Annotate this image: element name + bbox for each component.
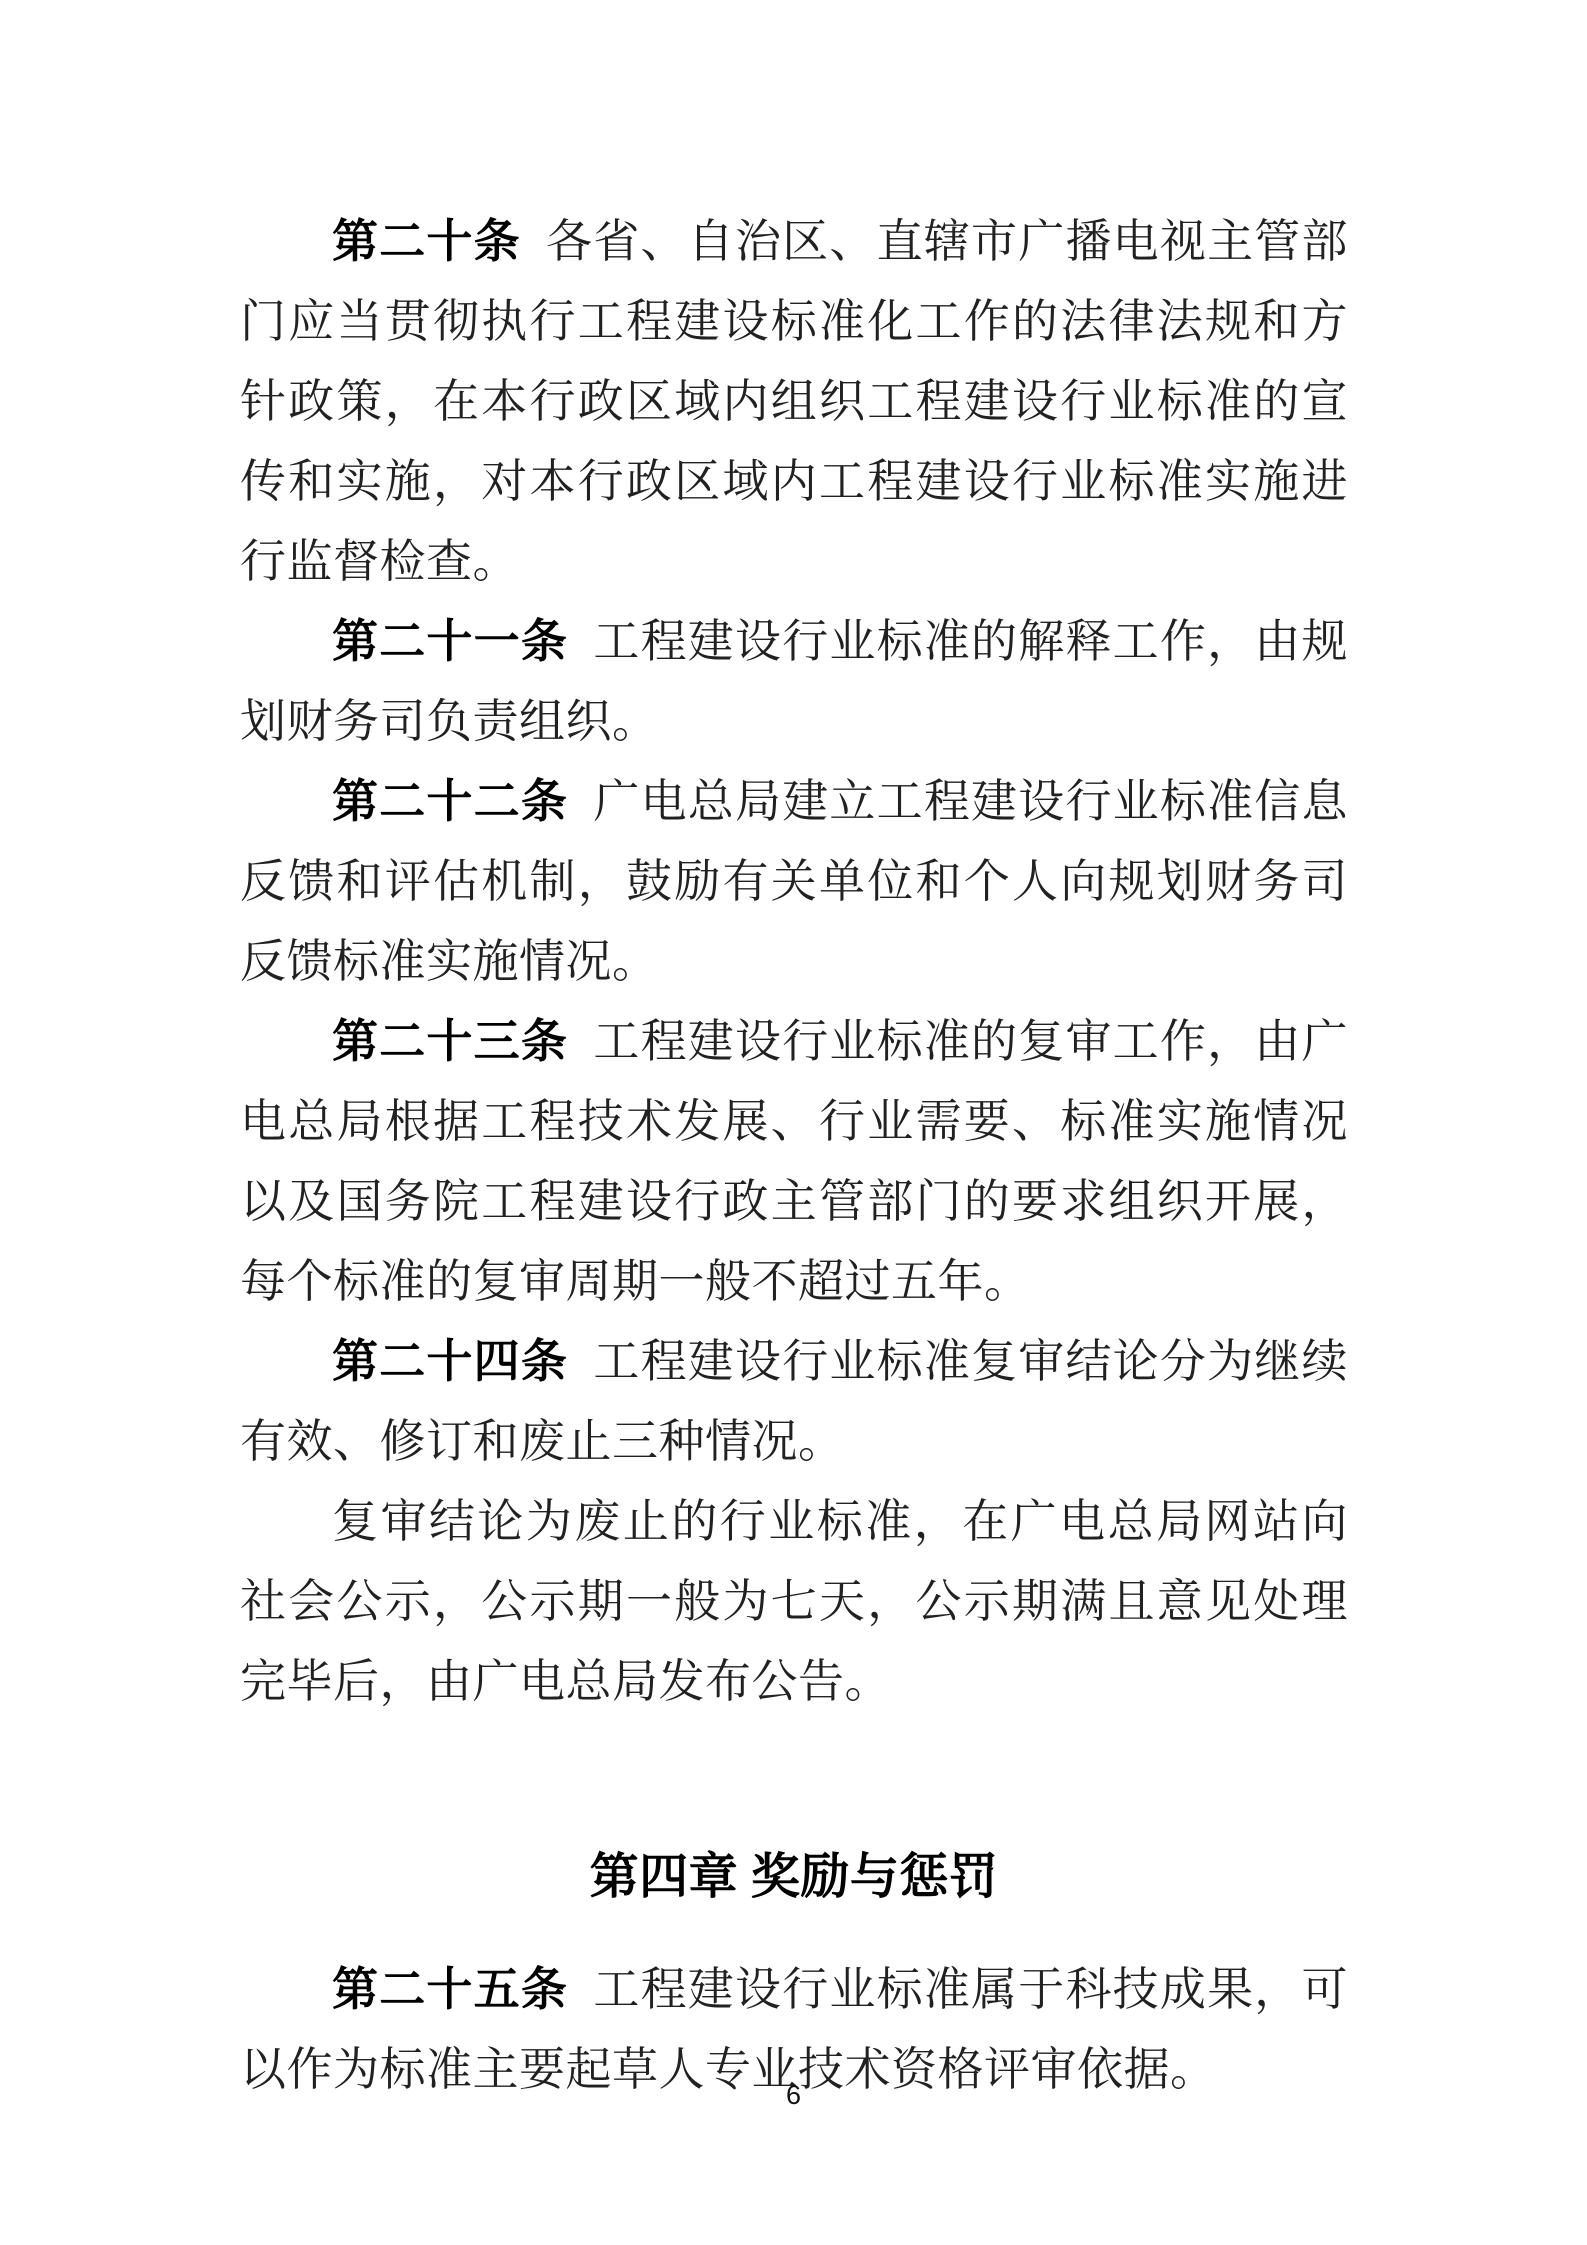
document-body: 第二十条各省、自治区、直辖市广播电视主管部门应当贯彻执行工程建设标准化工作的法律… xyxy=(240,202,1348,2110)
paragraph: 第二十一条工程建设行业标准的解释工作，由规划财务司负责组织。 xyxy=(240,602,1348,762)
article-number-label: 第二十一条 xyxy=(332,616,568,667)
document-page: 第二十条各省、自治区、直辖市广播电视主管部门应当贯彻执行工程建设标准化工作的法律… xyxy=(0,0,1587,2245)
article-number-label: 第二十三条 xyxy=(332,1016,568,1067)
article-number-label: 第二十条 xyxy=(332,216,521,267)
paragraph: 复审结论为废止的行业标准，在广电总局网站向社会公示，公示期一般为七天，公示期满且… xyxy=(240,1482,1348,1722)
article-number-label: 第二十二条 xyxy=(332,776,568,827)
paragraph: 第二十三条工程建设行业标准的复审工作，由广电总局根据工程技术发展、行业需要、标准… xyxy=(240,1002,1348,1322)
paragraph: 第二十条各省、自治区、直辖市广播电视主管部门应当贯彻执行工程建设标准化工作的法律… xyxy=(240,202,1348,602)
article-number-label: 第二十四条 xyxy=(332,1336,568,1387)
article-number-label: 第二十五条 xyxy=(332,1964,568,2015)
page-number: 6 xyxy=(0,2078,1587,2112)
chapter-heading: 第四章 奖励与惩罚 xyxy=(240,1837,1348,1917)
paragraph: 第二十四条工程建设行业标准复审结论分为继续有效、修订和废止三种情况。 xyxy=(240,1322,1348,1482)
paragraph: 第二十二条广电总局建立工程建设行业标准信息反馈和评估机制，鼓励有关单位和个人向规… xyxy=(240,762,1348,1002)
